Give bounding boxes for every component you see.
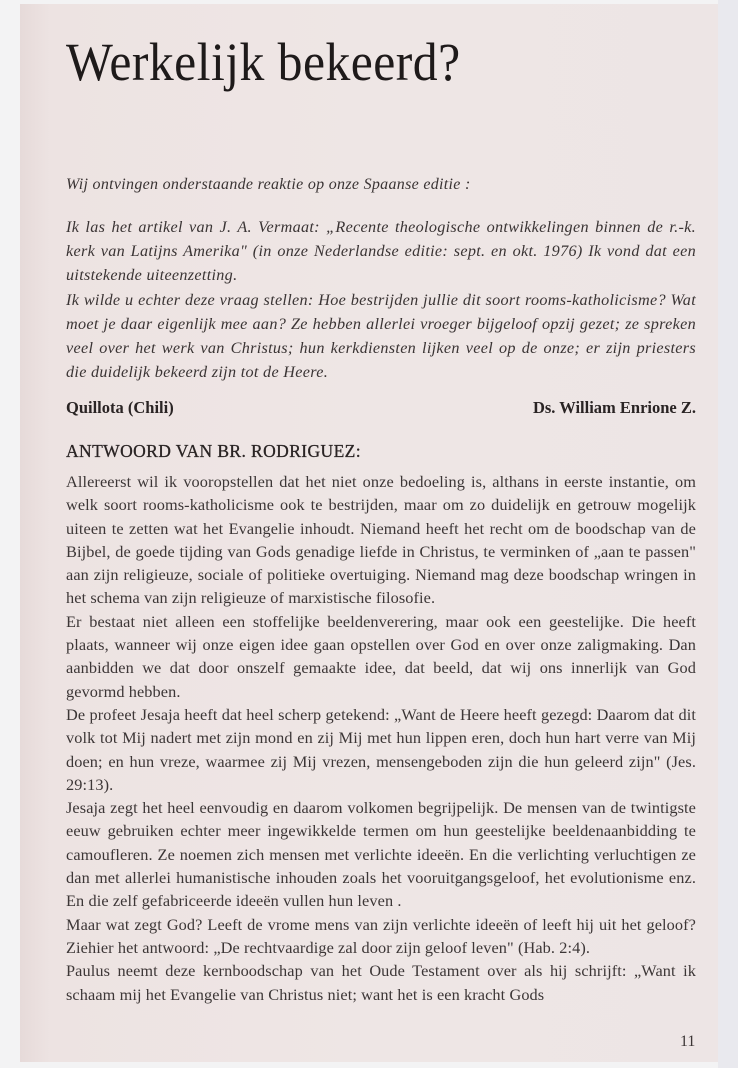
answer-body: Allereerst wil ik vooropstellen dat het …: [66, 470, 696, 1006]
answer-paragraph: Paulus neemt deze kernboodschap van het …: [66, 959, 696, 1006]
answer-paragraph: Jesaja zegt het heel eenvoudig en daarom…: [66, 796, 696, 912]
letter-signature: Quillota (Chili) Ds. William Enrione Z.: [66, 397, 696, 419]
letter-paragraph: Ik las het artikel van J. A. Vermaat: „R…: [66, 215, 696, 288]
article-title: Werkelijk bekeerd?: [66, 30, 461, 94]
answer-paragraph: De profeet Jesaja heeft dat heel scherp …: [66, 703, 696, 796]
page-number: 11: [680, 1032, 695, 1052]
answer-paragraph: Allereerst wil ik vooropstellen dat het …: [66, 470, 696, 610]
letter-paragraph: Ik wilde u echter deze vraag stellen: Ho…: [66, 288, 696, 385]
answer-paragraph: Er bestaat niet alleen een stoffelijke b…: [66, 610, 696, 703]
answer-heading: ANTWOORD VAN BR. RODRIGUEZ:: [66, 440, 361, 462]
reader-letter: Ik las het artikel van J. A. Vermaat: „R…: [66, 215, 696, 384]
signature-author: Ds. William Enrione Z.: [533, 397, 696, 419]
intro-line: Wij ontvingen onderstaande reaktie op on…: [66, 172, 706, 197]
signature-place: Quillota (Chili): [66, 397, 174, 419]
answer-paragraph: Maar wat zegt God? Leeft de vrome mens v…: [66, 913, 696, 960]
page-edge-strip: [718, 0, 738, 1068]
